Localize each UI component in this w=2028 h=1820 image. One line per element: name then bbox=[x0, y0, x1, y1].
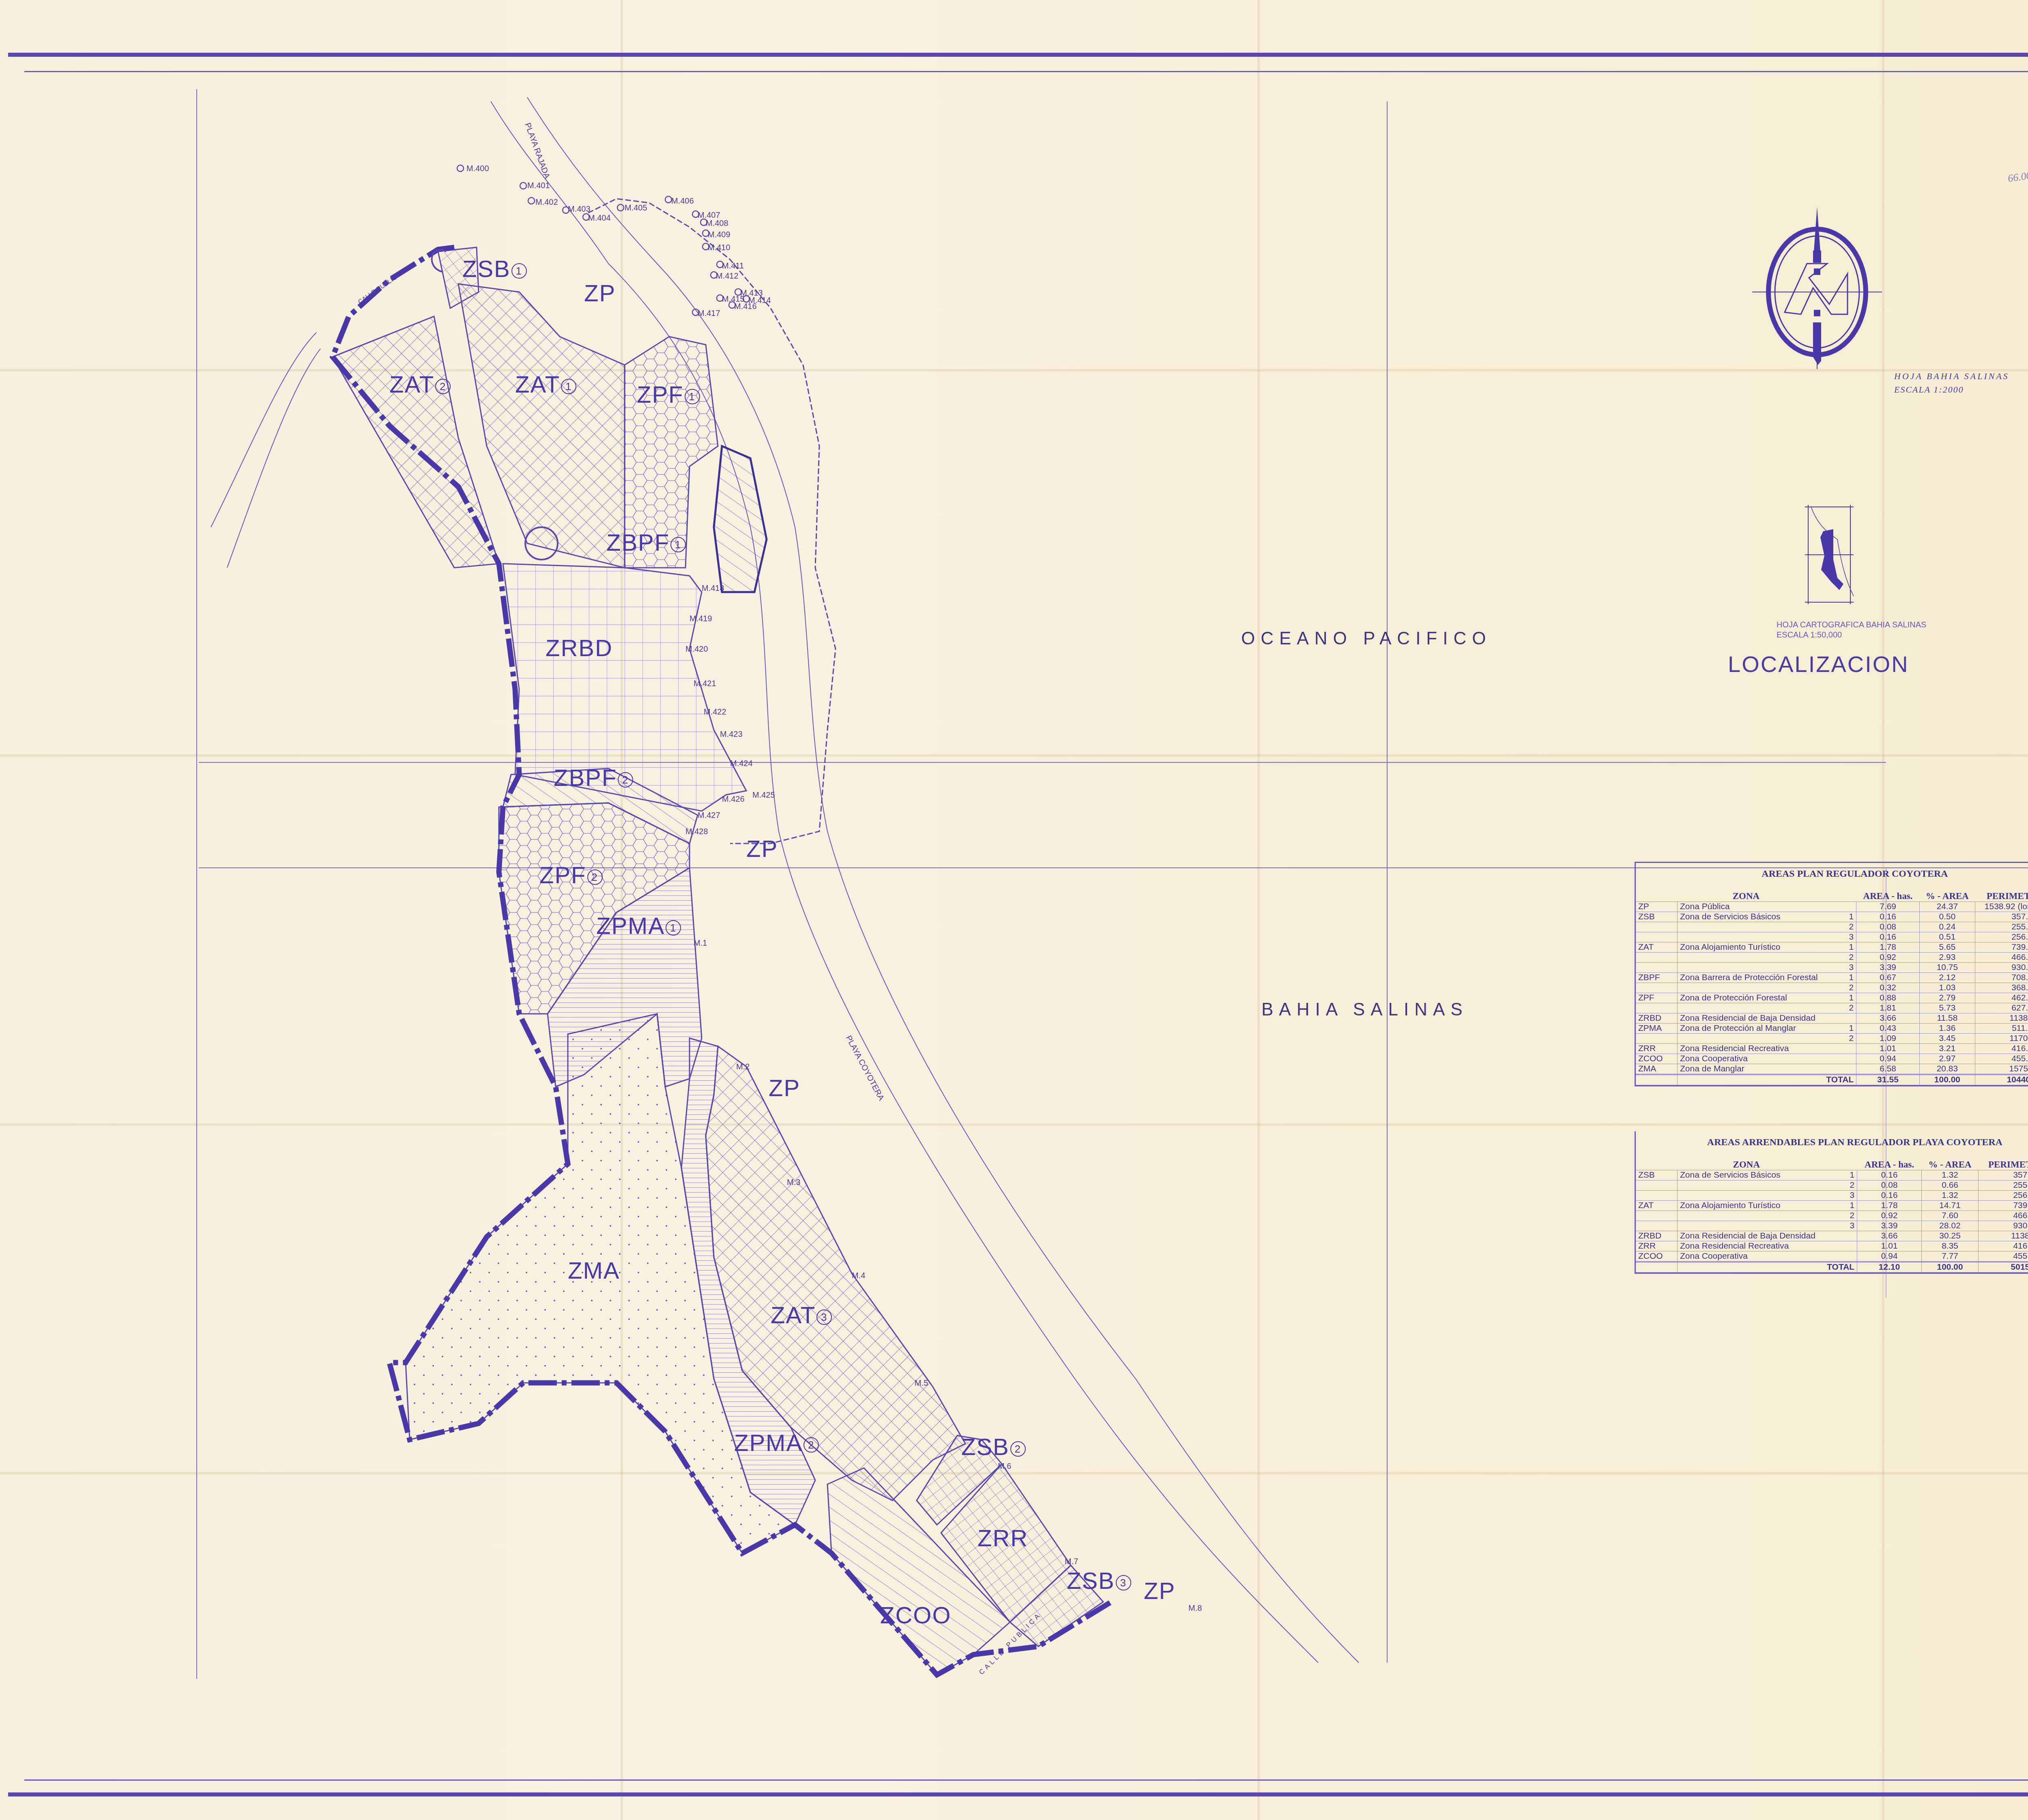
col-area: AREA - has. bbox=[1856, 891, 1920, 902]
zone-code: ZSB bbox=[462, 256, 511, 282]
pct-value: 3.21 bbox=[1919, 1044, 1975, 1054]
table-row: ZRBDZona Residencial de Baja Densidad3.6… bbox=[1636, 1231, 2028, 1241]
zone-code: ZSB bbox=[961, 1434, 1010, 1460]
zone-name: Zona Cooperativa bbox=[1678, 1251, 1844, 1262]
pct-value: 14.71 bbox=[1922, 1201, 1979, 1211]
zone-code bbox=[1636, 1003, 1678, 1013]
pct-value: 2.93 bbox=[1919, 953, 1975, 963]
ocean-label: OCEANO PACIFICO bbox=[1241, 629, 1491, 649]
monument-label: M.408 bbox=[706, 219, 728, 228]
table-row: 20.080.24255.44 bbox=[1636, 922, 2028, 932]
area-value: 0.43 bbox=[1856, 1024, 1920, 1034]
area-value: 0.16 bbox=[1856, 932, 1920, 942]
monument-label: M.406 bbox=[671, 197, 694, 206]
perimeter-value: 368.20 bbox=[1975, 983, 2028, 993]
perimeter-value: 708.80 bbox=[1975, 973, 2028, 983]
zone-code: ZRBD bbox=[546, 635, 613, 661]
table-row: ZCOOZona Cooperativa0.947.77455.12 bbox=[1636, 1251, 2028, 1262]
zone-code: ZRR bbox=[1636, 1044, 1678, 1054]
zone-code: ZPF bbox=[539, 862, 586, 889]
zone-code: ZSB bbox=[1067, 1568, 1115, 1594]
zone-label: ZP bbox=[584, 280, 616, 307]
zone-name: Zona de Protección Forestal bbox=[1678, 993, 1843, 1003]
perimeter-value: 627.62 bbox=[1975, 1003, 2028, 1013]
total-row: TOTAL12.10100.005015.34 bbox=[1636, 1262, 2028, 1273]
zone-code bbox=[1636, 1191, 1678, 1201]
zone-name: Zona de Servicios Básicos bbox=[1678, 1170, 1844, 1180]
zone-label: ZBPF1 bbox=[606, 529, 686, 556]
total-row: TOTAL31.55100.0010440.56 bbox=[1636, 1075, 2028, 1085]
zone-subindex bbox=[1843, 1064, 1856, 1075]
zone-code: ZRBD bbox=[1636, 1013, 1678, 1024]
col-area: AREA - has. bbox=[1857, 1159, 1922, 1170]
monument-label: M.425 bbox=[752, 791, 775, 800]
pct-value: 0.50 bbox=[1919, 912, 1975, 922]
zone-code: ZAT bbox=[515, 371, 560, 398]
zone-label: ZPF2 bbox=[539, 862, 603, 889]
area-value: 1.78 bbox=[1856, 942, 1920, 953]
zone-subindex bbox=[1843, 1044, 1856, 1054]
monument-label: M.411 bbox=[722, 262, 744, 271]
zone-subindex: 2 bbox=[1844, 1211, 1857, 1221]
perimeter-value: 739.76 bbox=[1979, 1201, 2028, 1211]
zone-name: Zona Pública bbox=[1678, 902, 1843, 912]
table-row: 20.922.93466.76 bbox=[1636, 953, 2028, 963]
zone-number: 2 bbox=[1010, 1441, 1026, 1457]
pct-value: 8.35 bbox=[1922, 1241, 1979, 1251]
zone-code: ZPMA bbox=[596, 913, 665, 939]
pct-value: 7.60 bbox=[1922, 1211, 1979, 1221]
area-value: 0.88 bbox=[1856, 993, 1920, 1003]
zone-number: 2 bbox=[587, 869, 603, 885]
monument-label: M.420 bbox=[685, 645, 708, 654]
monument-label: M.403 bbox=[568, 205, 591, 214]
area-value: 0.94 bbox=[1856, 1054, 1920, 1064]
table-row: ZPFZona de Protección Forestal10.882.794… bbox=[1636, 993, 2028, 1003]
zone-subindex: 2 bbox=[1843, 1034, 1856, 1044]
zone-label: ZAT1 bbox=[515, 371, 576, 398]
zone-number: 1 bbox=[685, 389, 700, 404]
table-row: ZMAZona de Manglar6.5820.831575.64 bbox=[1636, 1064, 2028, 1075]
monument-label: M.2 bbox=[736, 1062, 750, 1072]
table-row: ZSBZona de Servicios Básicos10.160.50357… bbox=[1636, 912, 2028, 922]
table-row: ZPMAZona de Protección al Manglar10.431.… bbox=[1636, 1024, 2028, 1034]
monument-label: M.410 bbox=[708, 243, 730, 253]
total-pct: 100.00 bbox=[1922, 1262, 1979, 1273]
pct-value: 20.83 bbox=[1919, 1064, 1975, 1075]
perimeter-value: 466.76 bbox=[1975, 953, 2028, 963]
area-value: 1.01 bbox=[1856, 1044, 1920, 1054]
area-value: 0.16 bbox=[1857, 1170, 1922, 1180]
total-label: TOTAL bbox=[1678, 1075, 1856, 1085]
zone-label: ZPMA2 bbox=[734, 1429, 819, 1457]
table-row: ZSBZona de Servicios Básicos10.161.32357… bbox=[1636, 1170, 2028, 1180]
zone-number: 1 bbox=[666, 920, 681, 936]
zone-name bbox=[1678, 963, 1843, 973]
area-value: 0.08 bbox=[1857, 1180, 1922, 1191]
perimeter-value: 739.76 bbox=[1975, 942, 2028, 953]
area-value: 0.16 bbox=[1856, 912, 1920, 922]
area-value: 7.69 bbox=[1856, 902, 1920, 912]
zone-code: ZPF bbox=[637, 382, 684, 408]
zone-code: ZPMA bbox=[1636, 1024, 1678, 1034]
zone-subindex bbox=[1844, 1231, 1857, 1241]
monument-label: M.402 bbox=[535, 198, 558, 207]
zone-name bbox=[1678, 1221, 1844, 1231]
north-arrow-icon bbox=[1748, 203, 1886, 373]
zone-label: ZCOO bbox=[880, 1602, 952, 1629]
perimeter-value: 416.00 bbox=[1975, 1044, 2028, 1054]
zone-name bbox=[1678, 922, 1843, 932]
total-perimeter: 10440.56 bbox=[1975, 1075, 2028, 1085]
pct-value: 28.02 bbox=[1922, 1221, 1979, 1231]
zone-label: ZMA bbox=[568, 1257, 620, 1284]
zone-label: ZPF1 bbox=[637, 381, 700, 408]
zone-name bbox=[1678, 1034, 1843, 1044]
monument-label: M.418 bbox=[702, 584, 724, 593]
col-perim: PERIMETRO - ml bbox=[1979, 1159, 2028, 1170]
monument-label: M.409 bbox=[708, 230, 730, 240]
zone-code bbox=[1636, 963, 1678, 973]
table-row: 20.927.60466.76 bbox=[1636, 1211, 2028, 1221]
zone-subindex: 1 bbox=[1843, 942, 1856, 953]
zone-code: ZRBD bbox=[1636, 1231, 1678, 1241]
north-caption-2: ESCALA 1:2000 bbox=[1894, 384, 1964, 395]
monument-label: M.422 bbox=[704, 708, 726, 717]
total-area: 31.55 bbox=[1856, 1075, 1920, 1085]
area-value: 3.39 bbox=[1856, 963, 1920, 973]
pct-value: 5.65 bbox=[1919, 942, 1975, 953]
pct-value: 0.51 bbox=[1919, 932, 1975, 942]
monument-label: M.419 bbox=[690, 614, 712, 624]
table-row: 20.080.66255.44 bbox=[1636, 1180, 2028, 1191]
inset-caption-2: ESCALA 1:50,000 bbox=[1777, 631, 1842, 640]
pct-value: 24.37 bbox=[1919, 902, 1975, 912]
perimeter-value: 930.08 bbox=[1975, 963, 2028, 973]
zone-code: ZCOO bbox=[1636, 1054, 1678, 1064]
table-row: ZRRZona Residencial Recreativa1.018.3541… bbox=[1636, 1241, 2028, 1251]
area-value: 1.09 bbox=[1856, 1034, 1920, 1044]
zone-code: ZSB bbox=[1636, 1170, 1678, 1180]
zone-code: ZP bbox=[584, 280, 616, 307]
table-row: ZATZona Alojamiento Turístico11.7814.717… bbox=[1636, 1201, 2028, 1211]
pct-value: 10.75 bbox=[1919, 963, 1975, 973]
zone-code: ZPMA bbox=[734, 1430, 803, 1456]
perimeter-value: 1538.92 (long./playa) bbox=[1975, 902, 2028, 912]
perimeter-value: 466.76 bbox=[1979, 1211, 2028, 1221]
monument-label: M.400 bbox=[466, 164, 489, 174]
perimeter-value: 462.74 bbox=[1975, 993, 2028, 1003]
pct-value: 2.97 bbox=[1919, 1054, 1975, 1064]
zone-label: ZP bbox=[1144, 1577, 1175, 1605]
area-value: 3.66 bbox=[1857, 1231, 1922, 1241]
zone-label: ZSB1 bbox=[462, 255, 527, 283]
areas-table-grid: ZONA AREA - has. % - AREA PERIMETRO - ml… bbox=[1636, 891, 2028, 1085]
pct-value: 2.79 bbox=[1919, 993, 1975, 1003]
table-row: ZRBDZona Residencial de Baja Densidad3.6… bbox=[1636, 1013, 2028, 1024]
zone-code: ZSB bbox=[1636, 912, 1678, 922]
zone-label: ZSB3 bbox=[1067, 1567, 1131, 1595]
zone-code: ZCOO bbox=[1636, 1251, 1678, 1262]
monument-label: M.3 bbox=[787, 1178, 800, 1187]
area-value: 1.81 bbox=[1856, 1003, 1920, 1013]
zone-name: Zona de Servicios Básicos bbox=[1678, 912, 1843, 922]
zone-subindex bbox=[1844, 1241, 1857, 1251]
monument-label: M.423 bbox=[720, 730, 743, 739]
area-value: 0.92 bbox=[1856, 953, 1920, 963]
zone-number: 3 bbox=[816, 1309, 832, 1325]
zone-label: ZRR bbox=[977, 1525, 1028, 1552]
zone-label: ZSB2 bbox=[961, 1434, 1026, 1461]
perimeter-value: 1138.00 bbox=[1979, 1231, 2028, 1241]
zone-subindex: 3 bbox=[1843, 932, 1856, 942]
area-value: 0.16 bbox=[1857, 1191, 1922, 1201]
total-pct: 100.00 bbox=[1919, 1075, 1975, 1085]
zone-number: 2 bbox=[618, 772, 633, 788]
leasable-table: AREAS ARRENDABLES PLAN REGULADOR PLAYA C… bbox=[1635, 1131, 2028, 1274]
perimeter-value: 1575.64 bbox=[1975, 1064, 2028, 1075]
zone-subindex: 3 bbox=[1844, 1191, 1857, 1201]
pct-value: 1.32 bbox=[1922, 1191, 1979, 1201]
areas-table: AREAS PLAN REGULADOR COYOTERA ZONA AREA … bbox=[1635, 862, 2028, 1086]
pct-value: 1.32 bbox=[1922, 1170, 1979, 1180]
perimeter-value: 455.12 bbox=[1975, 1054, 2028, 1064]
perimeter-value: 357.20 bbox=[1979, 1170, 2028, 1180]
zone-label: ZAT3 bbox=[771, 1302, 832, 1329]
total-perimeter: 5015.34 bbox=[1979, 1262, 2028, 1273]
monument-label: M.1 bbox=[694, 939, 707, 948]
perimeter-value: 256.98 bbox=[1975, 932, 2028, 942]
table-row: 30.160.51256.98 bbox=[1636, 932, 2028, 942]
zone-name: Zona Residencial Recreativa bbox=[1678, 1241, 1844, 1251]
zone-name: Zona Cooperativa bbox=[1678, 1054, 1843, 1064]
zone-name: Zona Alojamiento Turístico bbox=[1678, 1201, 1844, 1211]
zone-code: ZBPF bbox=[554, 765, 617, 791]
monument-label: M.405 bbox=[625, 204, 647, 213]
table-row: 21.093.451170.90 bbox=[1636, 1034, 2028, 1044]
zone-name bbox=[1678, 953, 1843, 963]
zone-subindex bbox=[1844, 1251, 1857, 1262]
zone-name: Zona Residencial Recreativa bbox=[1678, 1044, 1843, 1054]
zone-code: ZP bbox=[746, 836, 778, 862]
zone-subindex: 1 bbox=[1843, 1024, 1856, 1034]
col-pct: % - AREA bbox=[1919, 891, 1975, 902]
monument-label: M.424 bbox=[730, 759, 753, 768]
areas-table-title: AREAS PLAN REGULADOR COYOTERA bbox=[1636, 863, 2028, 891]
perimeter-value: 416.00 bbox=[1979, 1241, 2028, 1251]
col-perim: PERIMETRO - ml bbox=[1975, 891, 2028, 902]
zone-subindex: 1 bbox=[1843, 993, 1856, 1003]
pct-value: 11.58 bbox=[1919, 1013, 1975, 1024]
zone-label: ZBPF2 bbox=[554, 764, 633, 792]
zone-name: Zona Barrera de Protección Forestal bbox=[1678, 973, 1843, 983]
pct-value: 3.45 bbox=[1919, 1034, 1975, 1044]
total-area: 12.10 bbox=[1857, 1262, 1922, 1273]
col-zona: ZONA bbox=[1636, 891, 1856, 902]
zone-code: ZBPF bbox=[1636, 973, 1678, 983]
zone-code: ZMA bbox=[1636, 1064, 1678, 1075]
monument-label: M.421 bbox=[694, 679, 716, 689]
blank bbox=[1636, 1075, 1678, 1085]
table-row: ZATZona Alojamiento Turístico11.785.6573… bbox=[1636, 942, 2028, 953]
zone-number: 1 bbox=[670, 537, 686, 552]
zone-number: 2 bbox=[435, 379, 451, 394]
zone-code bbox=[1636, 922, 1678, 932]
table-row: ZRRZona Residencial Recreativa1.013.2141… bbox=[1636, 1044, 2028, 1054]
area-value: 0.32 bbox=[1856, 983, 1920, 993]
zone-subindex: 3 bbox=[1843, 963, 1856, 973]
monument-label: M.426 bbox=[722, 795, 745, 804]
monument-label: M.428 bbox=[685, 827, 708, 837]
zone-name bbox=[1678, 932, 1843, 942]
table-row: 20.321.03368.20 bbox=[1636, 983, 2028, 993]
table-row: 33.3910.75930.08 bbox=[1636, 963, 2028, 973]
location-title: LOCALIZACION bbox=[1728, 651, 1909, 677]
leasable-table-grid: ZONA AREA - has. % - AREA PERIMETRO - ml… bbox=[1636, 1159, 2028, 1273]
zone-code bbox=[1636, 983, 1678, 993]
area-value: 0.67 bbox=[1856, 973, 1920, 983]
zone-label: ZP bbox=[746, 835, 778, 863]
monument-label: M.401 bbox=[527, 181, 550, 191]
perimeter-value: 357.20 bbox=[1975, 912, 2028, 922]
zone-code: ZMA bbox=[568, 1258, 620, 1284]
zone-code bbox=[1636, 1034, 1678, 1044]
pct-value: 2.12 bbox=[1919, 973, 1975, 983]
monument-label: M.8 bbox=[1188, 1604, 1202, 1613]
monument-label: M.7 bbox=[1065, 1557, 1078, 1567]
zone-label: ZRBD bbox=[546, 635, 613, 662]
zone-subindex: 1 bbox=[1844, 1170, 1857, 1180]
zone-code: ZP bbox=[1636, 902, 1678, 912]
zone-name: Zona Residencial de Baja Densidad bbox=[1678, 1013, 1843, 1024]
zone-name: Zona de Manglar bbox=[1678, 1064, 1843, 1075]
monument-label: M.427 bbox=[698, 811, 720, 820]
monument-label: M.6 bbox=[998, 1462, 1011, 1471]
monument-label: M.412 bbox=[716, 272, 739, 281]
zone-code bbox=[1636, 1211, 1678, 1221]
area-value: 0.94 bbox=[1857, 1251, 1922, 1262]
area-value: 1.01 bbox=[1857, 1241, 1922, 1251]
zone-subindex: 1 bbox=[1844, 1201, 1857, 1211]
zone-code: ZCOO bbox=[880, 1602, 952, 1629]
zone-name bbox=[1678, 1191, 1844, 1201]
pct-value: 1.36 bbox=[1919, 1024, 1975, 1034]
area-value: 3.66 bbox=[1856, 1013, 1920, 1024]
zone-code: ZRR bbox=[1636, 1241, 1678, 1251]
table-row: 30.161.32256.98 bbox=[1636, 1191, 2028, 1201]
perimeter-value: 256.98 bbox=[1979, 1191, 2028, 1201]
zone-code bbox=[1636, 1180, 1678, 1191]
pct-value: 7.77 bbox=[1922, 1251, 1979, 1262]
col-zona: ZONA bbox=[1636, 1159, 1857, 1170]
zone-code: ZRR bbox=[977, 1525, 1028, 1552]
zone-name: Zona Alojamiento Turístico bbox=[1678, 942, 1843, 953]
zone-subindex bbox=[1843, 1054, 1856, 1064]
table-row: 21.815.73627.62 bbox=[1636, 1003, 2028, 1013]
perimeter-value: 455.12 bbox=[1979, 1251, 2028, 1262]
monument-label: M.5 bbox=[915, 1379, 928, 1388]
table-row: ZPZona Pública7.6924.371538.92 (long./pl… bbox=[1636, 902, 2028, 912]
table-row: ZBPFZona Barrera de Protección Forestal1… bbox=[1636, 973, 2028, 983]
area-value: 3.39 bbox=[1857, 1221, 1922, 1231]
zone-number: 2 bbox=[803, 1437, 819, 1453]
pct-value: 0.66 bbox=[1922, 1180, 1979, 1191]
area-value: 6.58 bbox=[1856, 1064, 1920, 1075]
zone-code: ZAT bbox=[771, 1302, 816, 1329]
zone-number: 1 bbox=[561, 379, 576, 394]
zone-code: ZAT bbox=[1636, 942, 1678, 953]
perimeter-value: 255.44 bbox=[1975, 922, 2028, 932]
col-pct: % - AREA bbox=[1922, 1159, 1979, 1170]
table-row: ZCOOZona Cooperativa0.942.97455.12 bbox=[1636, 1054, 2028, 1064]
zone-subindex: 1 bbox=[1843, 912, 1856, 922]
zone-subindex: 3 bbox=[1844, 1221, 1857, 1231]
zone-name bbox=[1678, 1211, 1844, 1221]
zone-code: ZAT bbox=[389, 371, 434, 398]
zone-number: 1 bbox=[511, 263, 527, 279]
zone-label: ZP bbox=[769, 1075, 800, 1102]
perimeter-value: 255.44 bbox=[1979, 1180, 2028, 1191]
zone-label: ZAT2 bbox=[389, 371, 451, 398]
monument-label: M.4 bbox=[852, 1271, 865, 1281]
monument-label: M.416 bbox=[734, 302, 757, 311]
monument-label: M.417 bbox=[698, 309, 720, 318]
zone-subindex: 2 bbox=[1843, 922, 1856, 932]
area-value: 1.78 bbox=[1857, 1201, 1922, 1211]
zone-code bbox=[1636, 1221, 1678, 1231]
blank bbox=[1636, 1262, 1678, 1273]
zone-subindex: 2 bbox=[1844, 1180, 1857, 1191]
zone-number: 3 bbox=[1116, 1575, 1131, 1590]
zone-subindex bbox=[1843, 1013, 1856, 1024]
perimeter-value: 511.32 bbox=[1975, 1024, 2028, 1034]
north-caption-1: HOJA BAHIA SALINAS bbox=[1894, 371, 2009, 382]
zone-name: Zona Residencial de Baja Densidad bbox=[1678, 1231, 1844, 1241]
bay-label: BAHIA SALINAS bbox=[1261, 1000, 1468, 1020]
leasable-table-title: AREAS ARRENDABLES PLAN REGULADOR PLAYA C… bbox=[1636, 1131, 2028, 1159]
zone-code: ZP bbox=[769, 1075, 800, 1101]
pct-value: 30.25 bbox=[1922, 1231, 1979, 1241]
pct-value: 1.03 bbox=[1919, 983, 1975, 993]
location-inset-map bbox=[1793, 503, 1898, 620]
zone-name bbox=[1678, 1180, 1844, 1191]
zone-subindex: 2 bbox=[1843, 953, 1856, 963]
inset-caption-1: HOJA CARTOGRAFICA BAHIA SALINAS bbox=[1777, 620, 1926, 630]
zone-code: ZP bbox=[1144, 1578, 1175, 1604]
zone-code bbox=[1636, 953, 1678, 963]
zone-name bbox=[1678, 1003, 1843, 1013]
zone-code: ZAT bbox=[1636, 1201, 1678, 1211]
perimeter-value: 1170.90 bbox=[1975, 1034, 2028, 1044]
table-row: 33.3928.02930.08 bbox=[1636, 1221, 2028, 1231]
pct-value: 0.24 bbox=[1919, 922, 1975, 932]
zone-code: ZPF bbox=[1636, 993, 1678, 1003]
zone-subindex: 2 bbox=[1843, 1003, 1856, 1013]
zone-code bbox=[1636, 932, 1678, 942]
zone-name bbox=[1678, 983, 1843, 993]
area-value: 0.08 bbox=[1856, 922, 1920, 932]
zone-label: ZPMA1 bbox=[596, 912, 681, 940]
perimeter-value: 1138.00 bbox=[1975, 1013, 2028, 1024]
zone-code: ZBPF bbox=[606, 530, 670, 556]
zone-subindex: 2 bbox=[1843, 983, 1856, 993]
monument-label: M.404 bbox=[588, 214, 611, 223]
area-value: 0.92 bbox=[1857, 1211, 1922, 1221]
zone-subindex: 1 bbox=[1843, 973, 1856, 983]
pct-value: 5.73 bbox=[1919, 1003, 1975, 1013]
zone-subindex bbox=[1843, 902, 1856, 912]
zone-name: Zona de Protección al Manglar bbox=[1678, 1024, 1843, 1034]
